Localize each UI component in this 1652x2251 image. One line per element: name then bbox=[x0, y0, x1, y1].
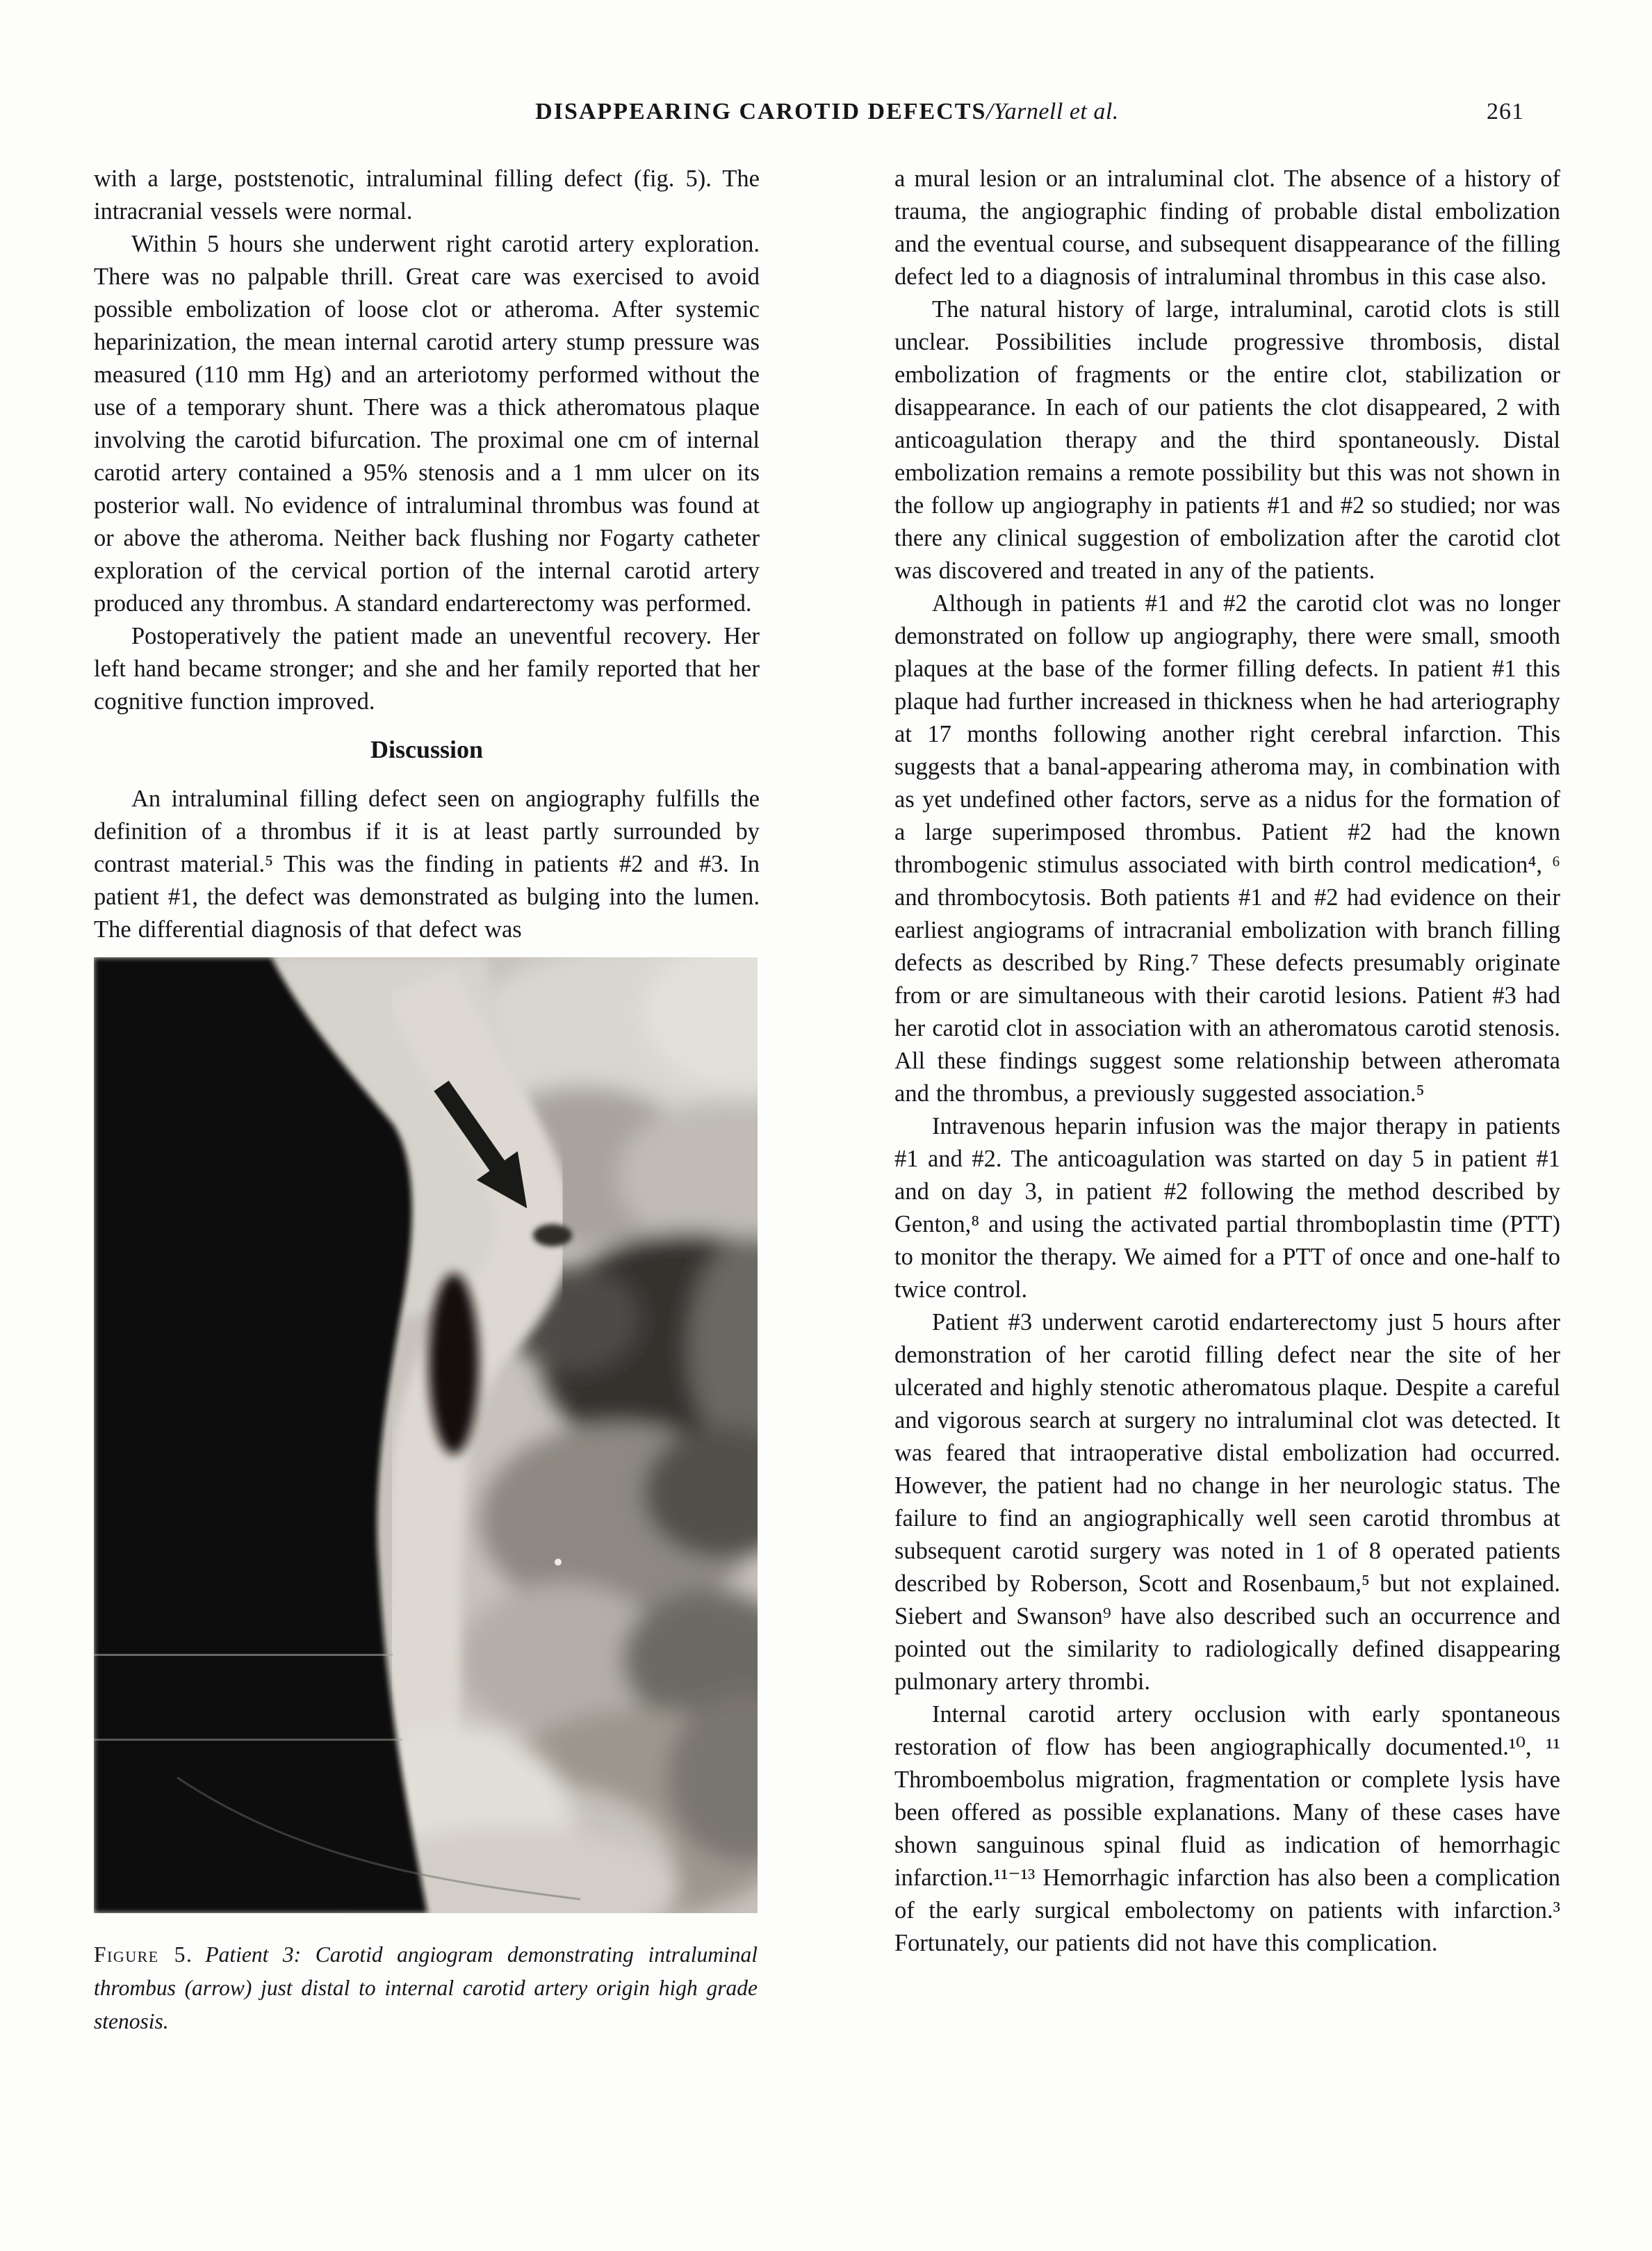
film-scratch bbox=[94, 1654, 393, 1656]
paragraph: a mural lesion or an intraluminal clot. … bbox=[894, 163, 1560, 293]
film-scratch bbox=[94, 1739, 403, 1741]
two-column-body: with a large, poststenotic, intraluminal… bbox=[94, 163, 1560, 2038]
figure-caption-text: Patient 3: Carotid angiogram demonstrati… bbox=[94, 1942, 758, 2033]
paragraph: with a large, poststenotic, intraluminal… bbox=[94, 163, 760, 228]
left-column: with a large, poststenotic, intraluminal… bbox=[94, 163, 760, 2038]
paragraph: Patient #3 underwent carotid endarterect… bbox=[894, 1306, 1560, 1698]
dark-lumen bbox=[429, 1274, 479, 1454]
right-column: a mural lesion or an intraluminal clot. … bbox=[894, 163, 1560, 2038]
film-speck bbox=[555, 1559, 562, 1566]
article-authors: /Yarnell et al. bbox=[986, 99, 1118, 124]
angiogram-figure: Figure 5.Patient 3: Carotid angiogram de… bbox=[94, 957, 758, 2038]
paragraph: Postoperatively the patient made an unev… bbox=[94, 620, 760, 718]
running-head: DISAPPEARING CAROTID DEFECTS/Yarnell et … bbox=[94, 99, 1560, 125]
paragraph: The natural history of large, intralumin… bbox=[894, 293, 1560, 587]
journal-page: DISAPPEARING CAROTID DEFECTS/Yarnell et … bbox=[0, 0, 1652, 2251]
discussion-heading: Discussion bbox=[94, 733, 760, 766]
page-number: 261 bbox=[1487, 99, 1524, 125]
paragraph: Internal carotid artery occlusion with e… bbox=[894, 1698, 1560, 1960]
paragraph: Within 5 hours she underwent right carot… bbox=[94, 228, 760, 620]
article-title: DISAPPEARING CAROTID DEFECTS bbox=[535, 99, 986, 124]
paragraph: Intravenous heparin infusion was the maj… bbox=[894, 1110, 1560, 1306]
figure-caption: Figure 5.Patient 3: Carotid angiogram de… bbox=[94, 1938, 758, 2038]
angiogram-image bbox=[94, 957, 758, 1913]
paragraph: An intraluminal filling defect seen on a… bbox=[94, 783, 760, 946]
stenosis-notch bbox=[533, 1224, 572, 1246]
figure-caption-label: Figure 5. bbox=[94, 1942, 193, 1967]
paragraph: Although in patients #1 and #2 the carot… bbox=[894, 587, 1560, 1110]
